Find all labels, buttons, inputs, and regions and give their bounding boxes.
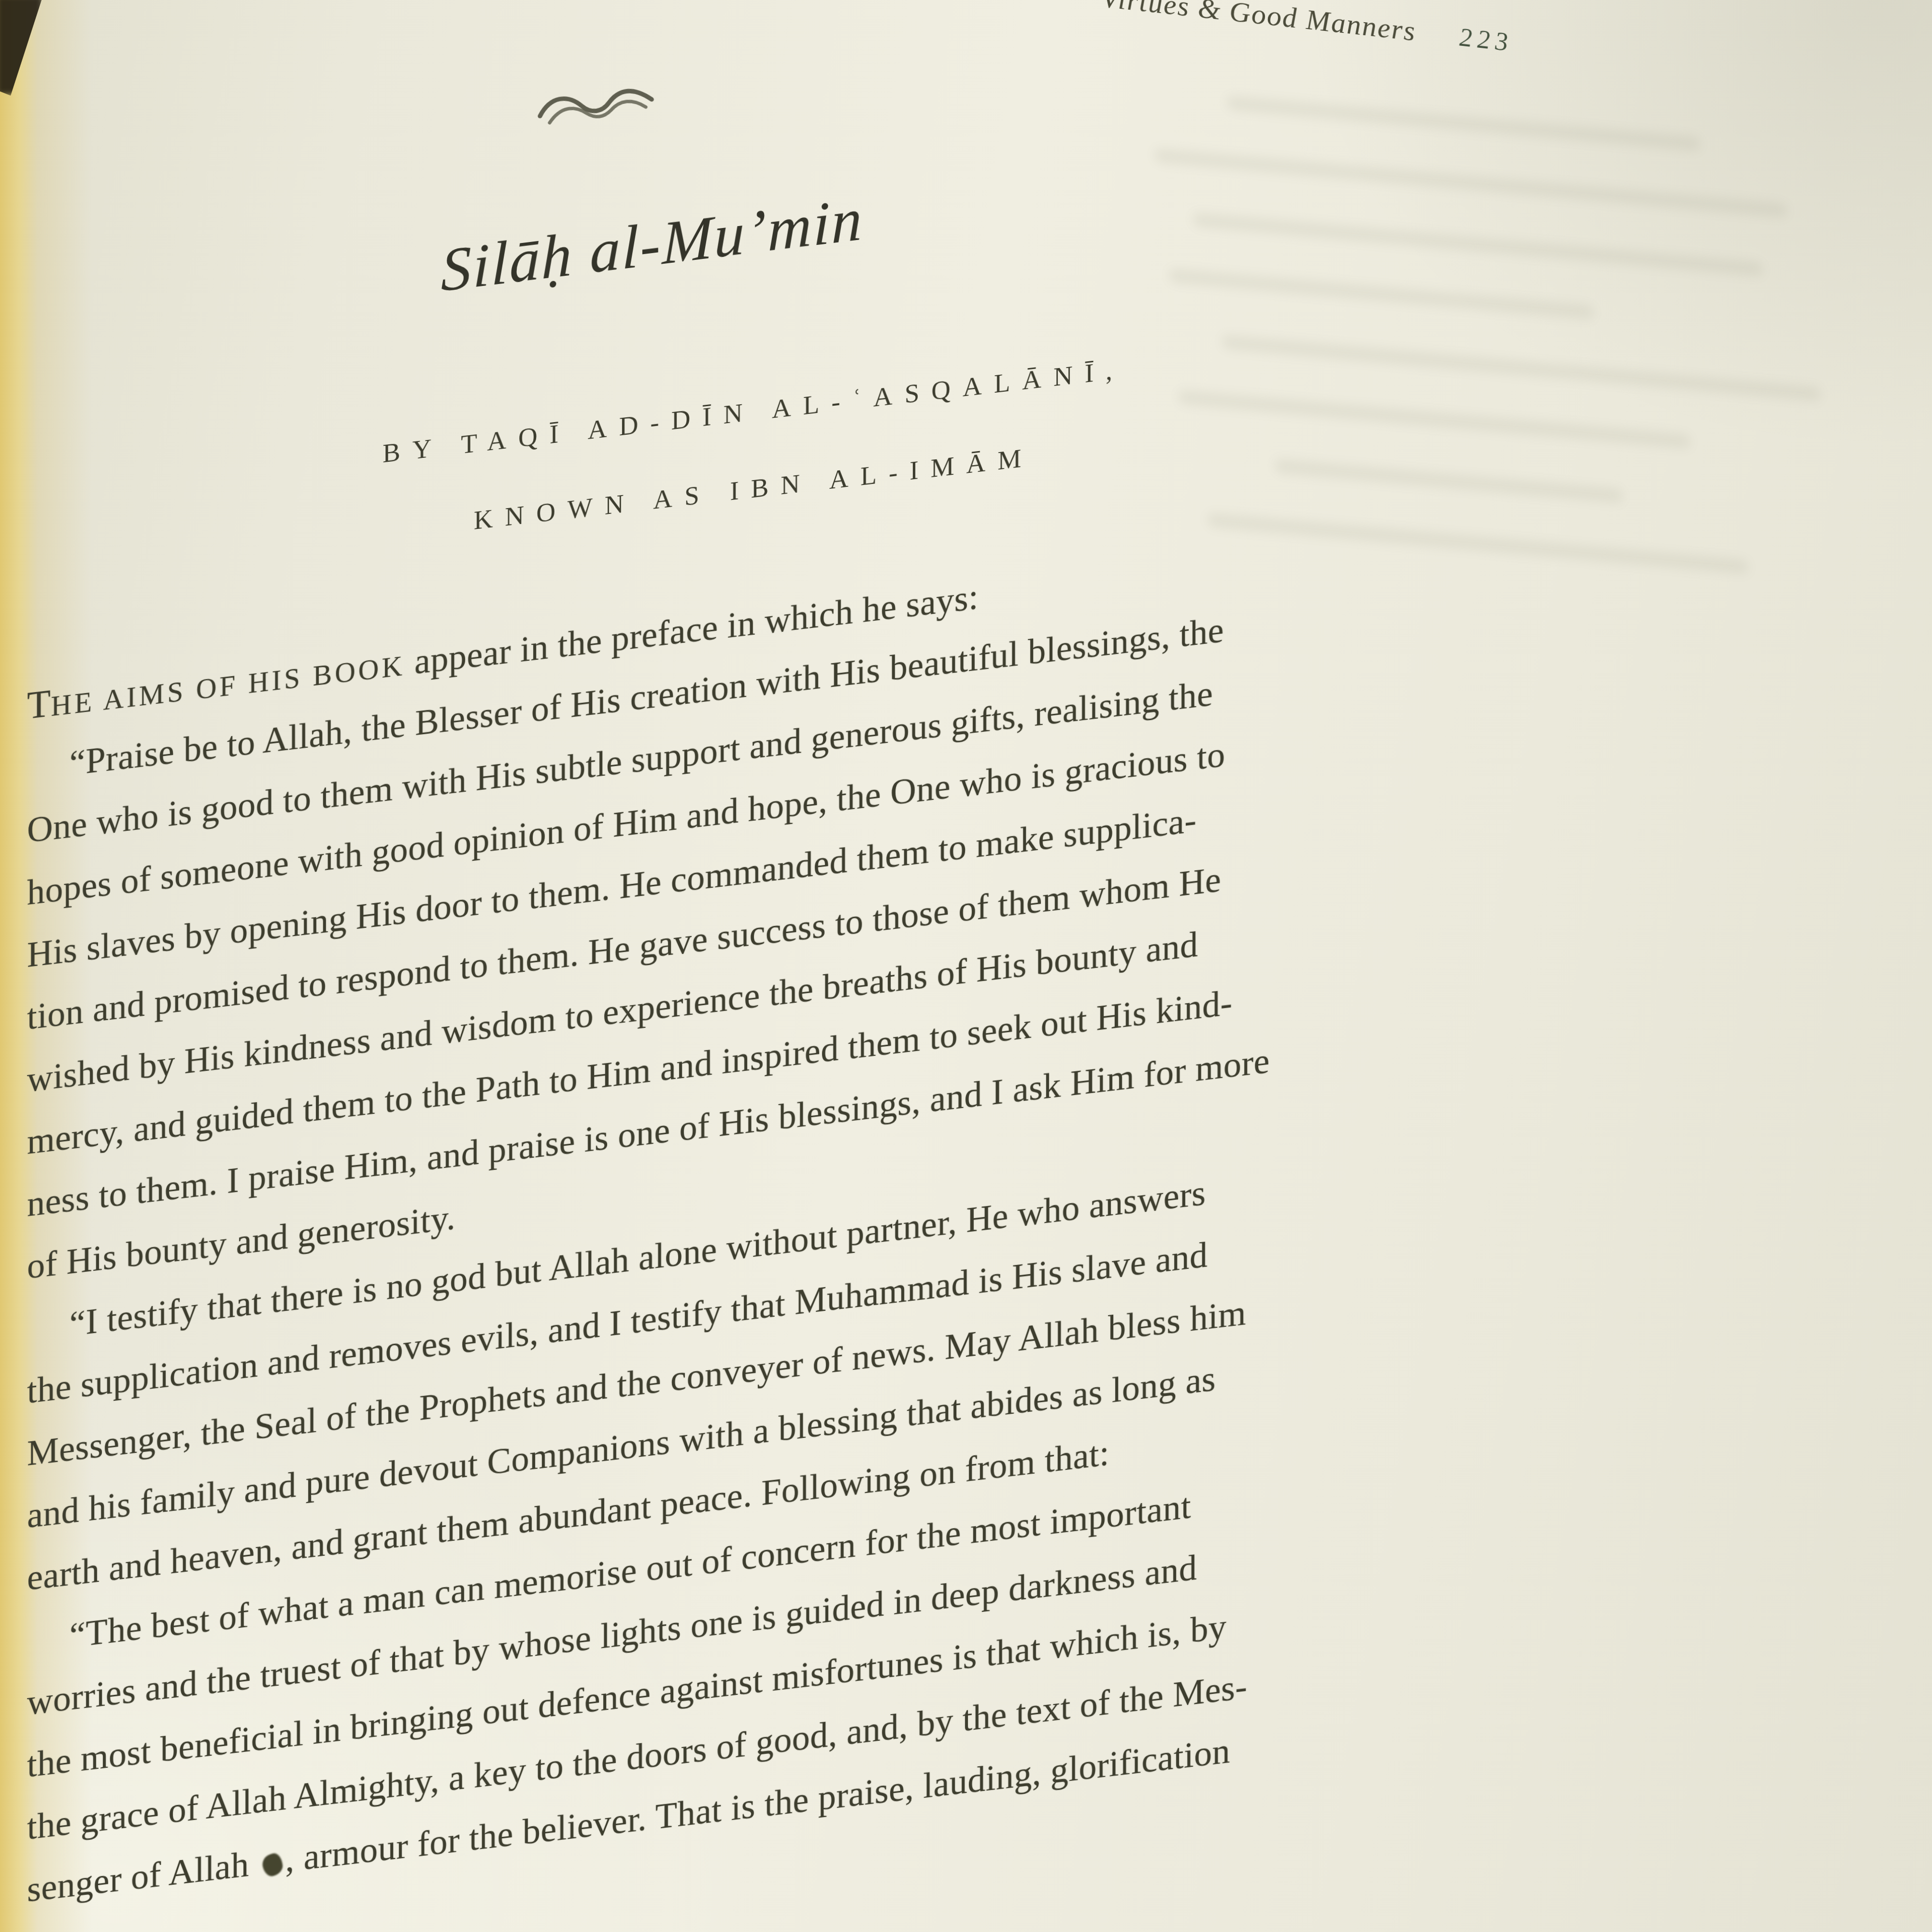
ghost-line: [1222, 335, 1821, 401]
running-header: Virtues & Good Manners 223: [1101, 0, 1690, 78]
ghost-line: [1193, 212, 1763, 276]
author-byline: BY TAQĪ AD-DĪN AL-ʿASQALĀNĪ, KNOWN AS IB…: [314, 323, 1193, 577]
running-header-title: Virtues & Good Manners: [1101, 0, 1416, 48]
honorific-symbol-icon: [260, 1851, 284, 1879]
corner-shadow: [0, 0, 43, 96]
drop-initial: T: [27, 682, 51, 727]
ghost-line: [1179, 390, 1690, 449]
ghost-line: [1154, 148, 1787, 218]
body-text: The aims of his book appear in the prefa…: [27, 489, 1640, 1921]
page-number: 223: [1459, 22, 1513, 57]
chapter-title: Silāḥ al-Mu’min: [382, 177, 923, 313]
flourish-icon: [533, 73, 660, 138]
ghost-line: [1169, 268, 1594, 320]
ghost-line: [1227, 96, 1700, 152]
book-page-photo: Virtues & Good Manners 223 Silāḥ al-Mu’m…: [0, 0, 1932, 1932]
